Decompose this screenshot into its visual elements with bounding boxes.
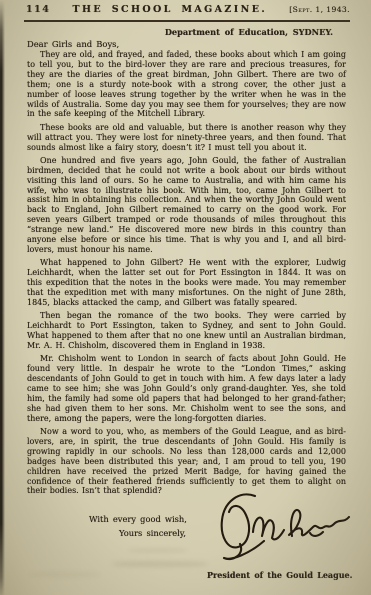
handwritten-signature-icon: [209, 486, 355, 568]
masthead-title: THE SCHOOL MAGAZINE.: [73, 4, 268, 15]
letter-body: They are old, and frayed, and faded, the…: [27, 50, 346, 500]
magazine-page-scan: 114 THE SCHOOL MAGAZINE. [Sept. 1, 1943.…: [0, 0, 371, 595]
show-through-smudge: [30, 572, 100, 577]
salutation: Dear Girls and Boys,: [27, 39, 119, 49]
issue-date: [Sept. 1, 1943.: [289, 5, 350, 14]
page-header: 114 THE SCHOOL MAGAZINE. [Sept. 1, 1943.: [26, 4, 350, 15]
show-through-smudge: [128, 548, 188, 553]
paragraph: Then began the romance of the two books.…: [27, 311, 346, 351]
president-title-line: President of the Gould League.: [207, 570, 352, 580]
paragraph: One hundred and five years ago, John Gou…: [27, 156, 346, 255]
show-through-smudge: [112, 561, 208, 567]
closing-signoff: Yours sincerely,: [119, 528, 186, 538]
scan-edge-shadow: [0, 0, 5, 595]
paragraph: They are old, and frayed, and faded, the…: [27, 50, 346, 119]
paragraph: These books are old and valuable, but th…: [27, 123, 346, 153]
paragraph: Mr. Chisholm went to London in search of…: [27, 354, 346, 423]
page-number: 114: [26, 4, 50, 15]
closing-wish: With every good wish,: [89, 514, 187, 524]
header-rule: [24, 20, 350, 22]
paragraph: What happened to John Gilbert? He went w…: [27, 258, 346, 308]
department-line: Department of Education, SYDNEY.: [26, 27, 333, 37]
